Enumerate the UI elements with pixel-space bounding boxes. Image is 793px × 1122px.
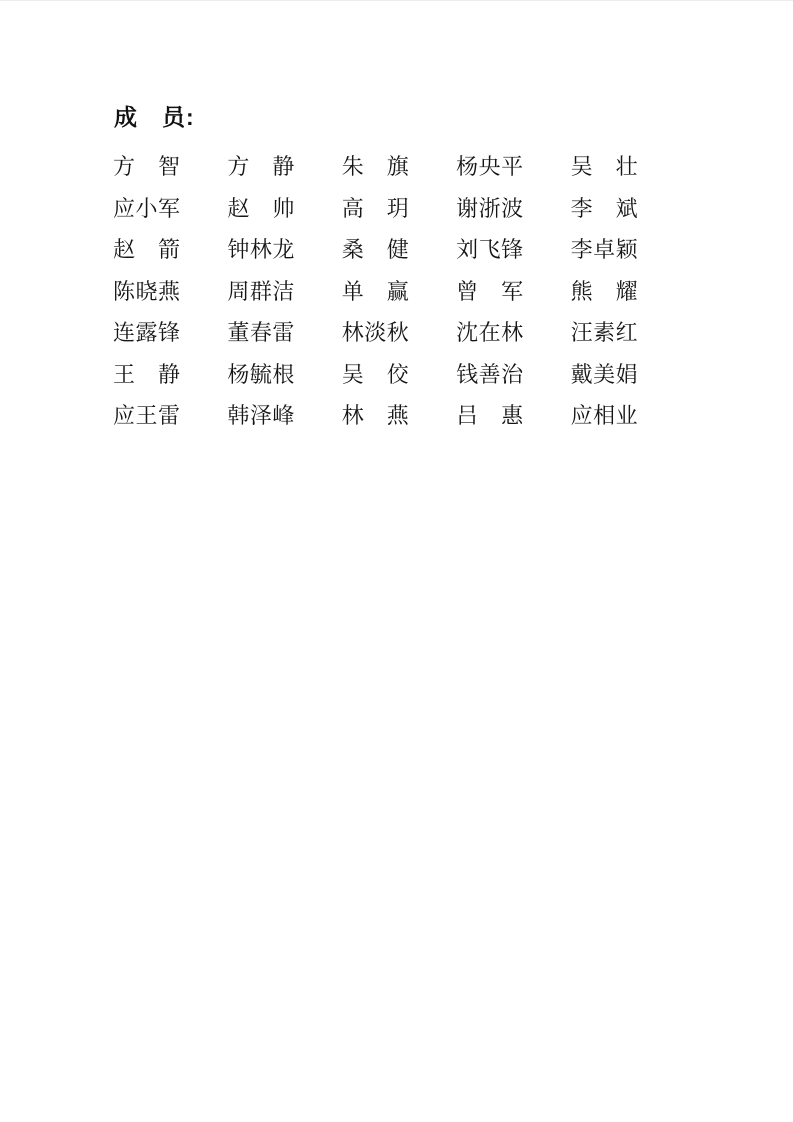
member-name: 钱善治 [456, 353, 570, 395]
member-name: 沈在林 [456, 311, 570, 353]
member-name: 吴 佼 [342, 353, 456, 395]
member-name: 刘飞锋 [456, 228, 570, 270]
member-name: 杨毓根 [227, 353, 341, 395]
member-name: 桑 健 [342, 228, 456, 270]
member-name: 吴 壮 [571, 145, 685, 187]
member-name: 应小军 [113, 187, 227, 229]
member-name: 熊 耀 [571, 270, 685, 312]
member-name: 陈晓燕 [113, 270, 227, 312]
member-name: 应王雷 [113, 394, 227, 436]
member-name: 韩泽峰 [227, 394, 341, 436]
member-name: 钟林龙 [227, 228, 341, 270]
member-name: 李 斌 [571, 187, 685, 229]
member-name: 谢浙波 [456, 187, 570, 229]
member-name: 赵 帅 [227, 187, 341, 229]
member-name: 林淡秋 [342, 311, 456, 353]
member-name: 董春雷 [227, 311, 341, 353]
member-name: 方 智 [113, 145, 227, 187]
member-name: 高 玥 [342, 187, 456, 229]
member-name: 王 静 [113, 353, 227, 395]
member-name: 汪素红 [571, 311, 685, 353]
member-name: 曾 军 [456, 270, 570, 312]
member-name: 李卓颖 [571, 228, 685, 270]
member-name: 应相业 [571, 394, 685, 436]
member-name: 杨央平 [456, 145, 570, 187]
member-name: 单 赢 [342, 270, 456, 312]
member-name: 周群洁 [227, 270, 341, 312]
member-name: 朱 旗 [342, 145, 456, 187]
member-name: 林 燕 [342, 394, 456, 436]
document-page: 成 员: 方 智方 静朱 旗杨央平吴 壮应小军赵 帅高 玥谢浙波李 斌赵 箭钟林… [0, 1, 793, 1122]
member-name: 戴美娟 [571, 353, 685, 395]
member-name: 方 静 [227, 145, 341, 187]
members-grid: 方 智方 静朱 旗杨央平吴 壮应小军赵 帅高 玥谢浙波李 斌赵 箭钟林龙桑 健刘… [113, 145, 685, 436]
member-name: 连露锋 [113, 311, 227, 353]
member-name: 赵 箭 [113, 228, 227, 270]
members-heading: 成 员: [114, 101, 195, 133]
member-name: 吕 惠 [456, 394, 570, 436]
